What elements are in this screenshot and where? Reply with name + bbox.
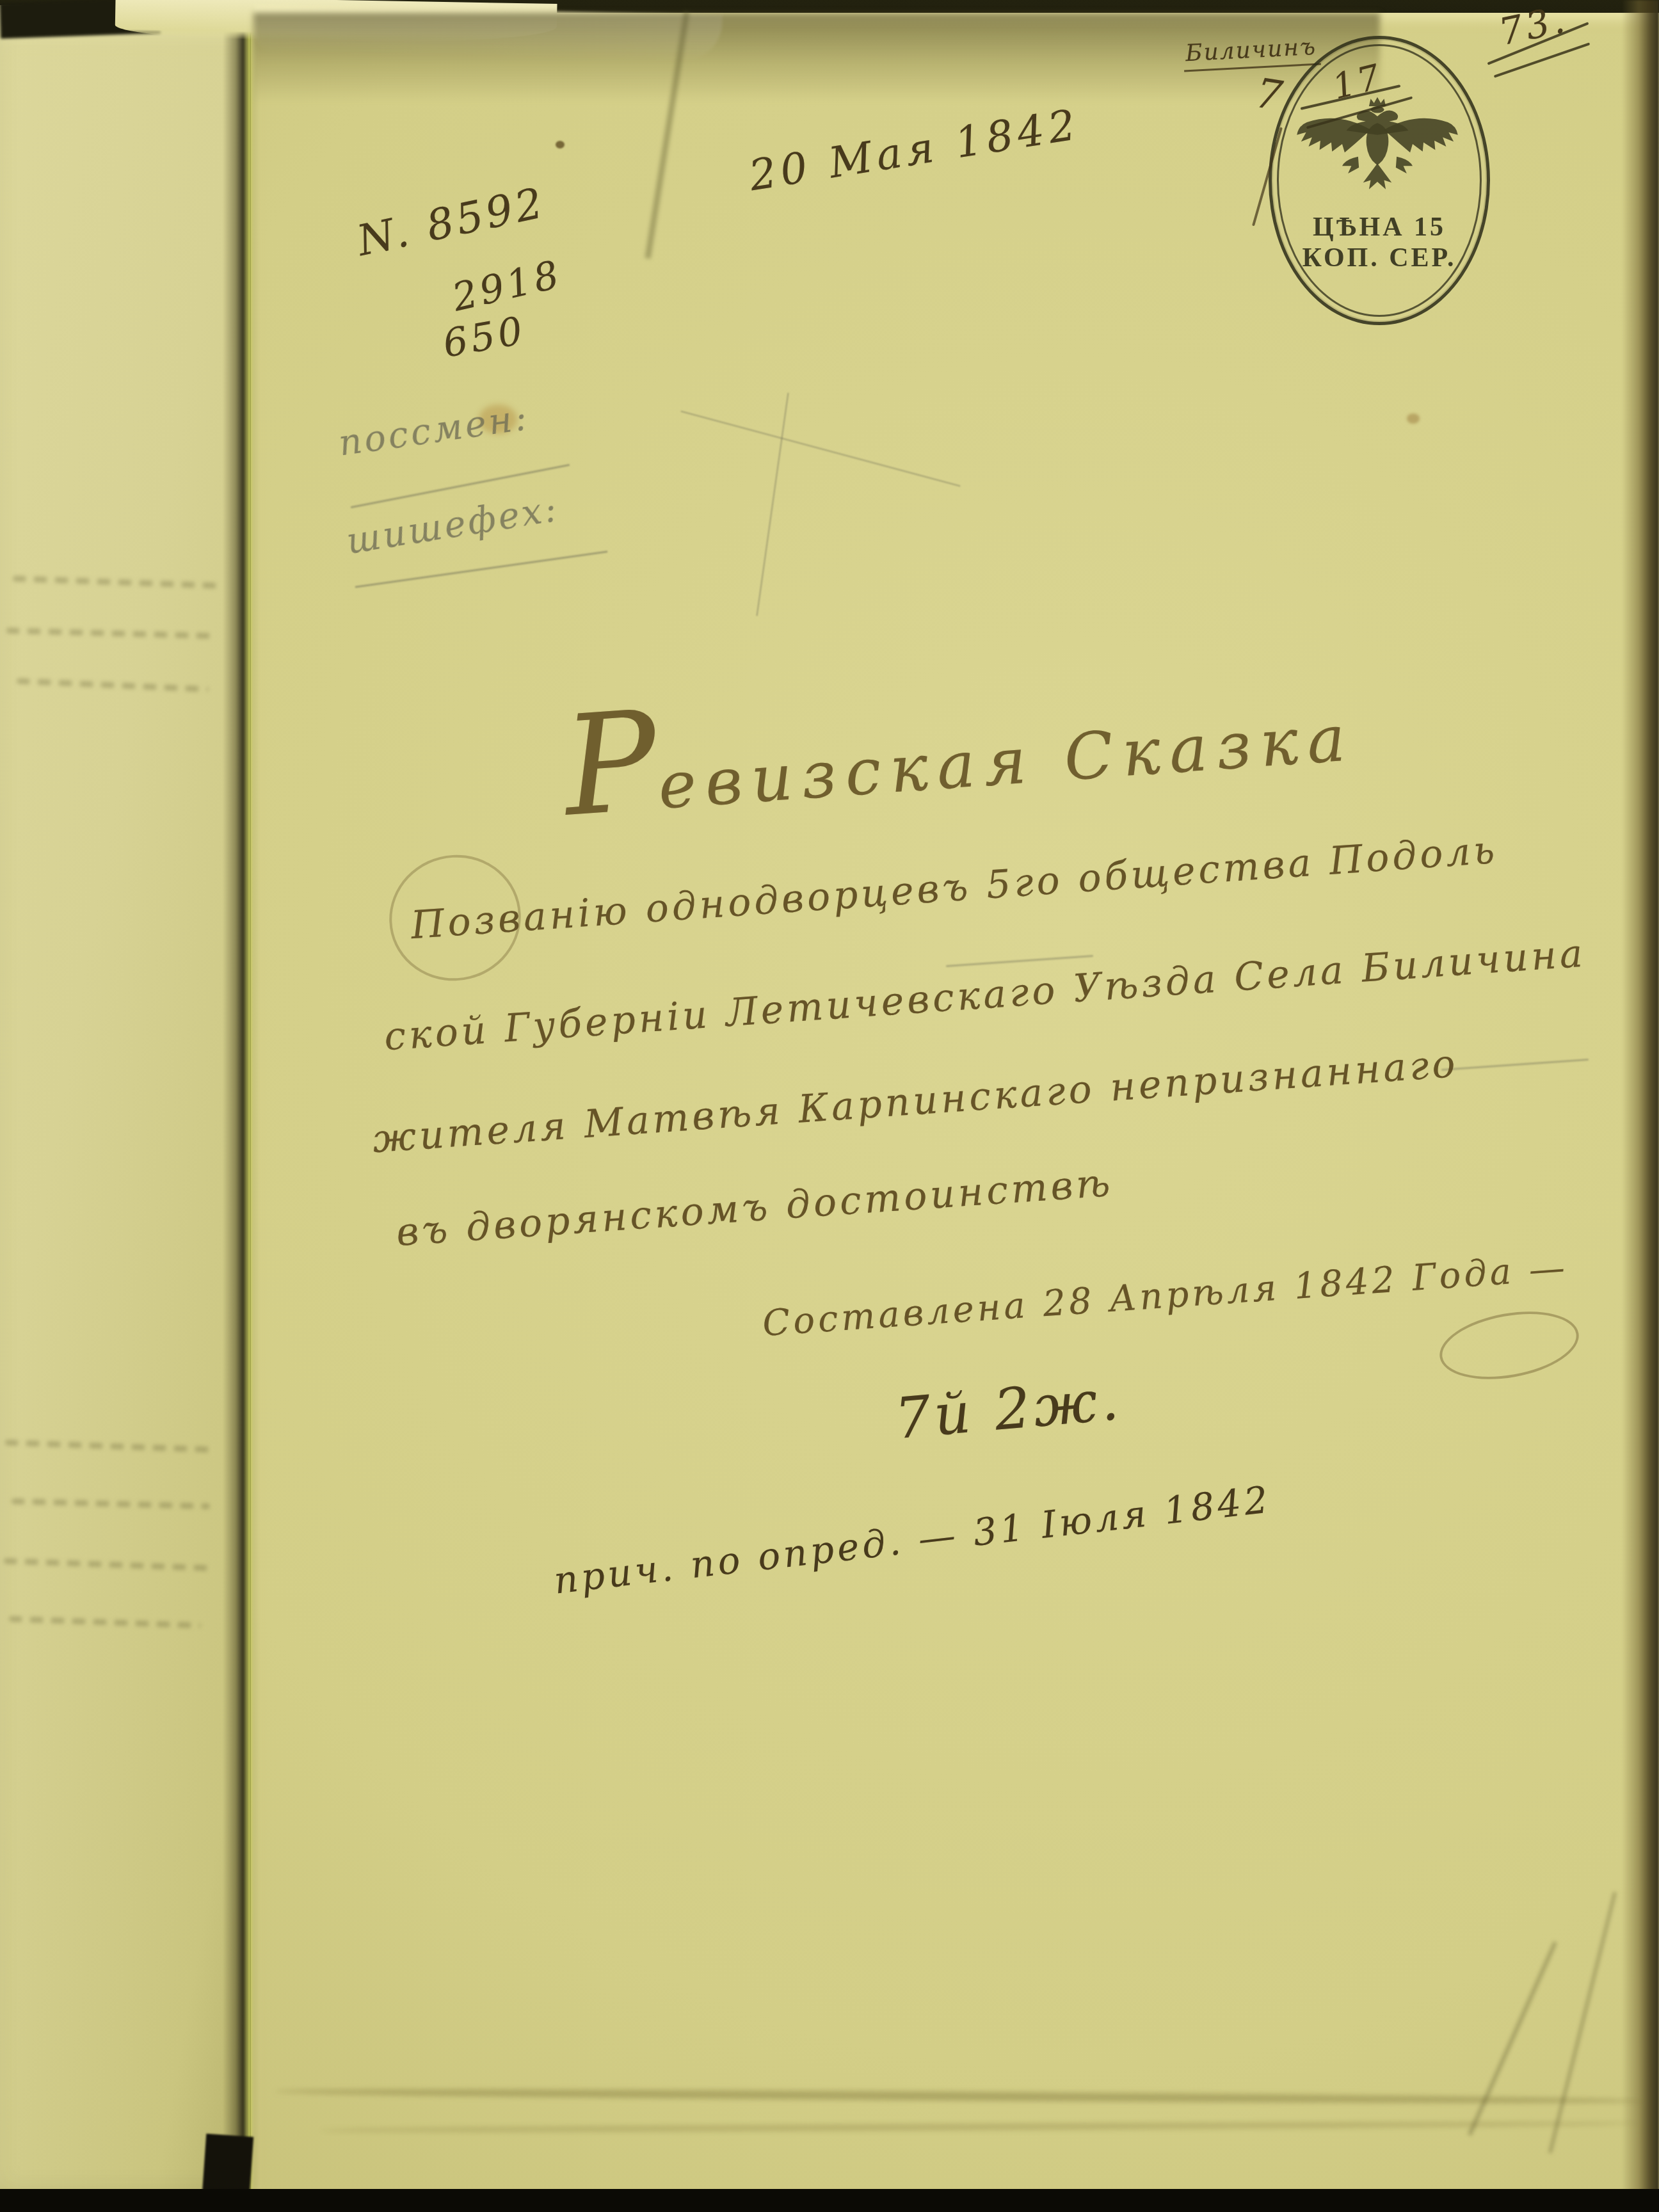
background-bottom [0,2189,1659,2212]
double-headed-eagle-icon [1294,95,1461,198]
stamp-price-line2: КОП. СЕР. [1272,243,1487,273]
left-page-stack [0,5,247,2212]
stamp-price-line1: ЦѢНА 15 [1272,212,1487,243]
foxing-stain [1407,413,1420,424]
archival-page-photo: Биличинъ 73. ЦѢНА 15 КОП. СЕР. 17 7 [0,0,1659,2212]
page-right-edge [1622,0,1659,2212]
ink-spot [556,141,565,148]
torn-page-edge [223,0,260,2212]
